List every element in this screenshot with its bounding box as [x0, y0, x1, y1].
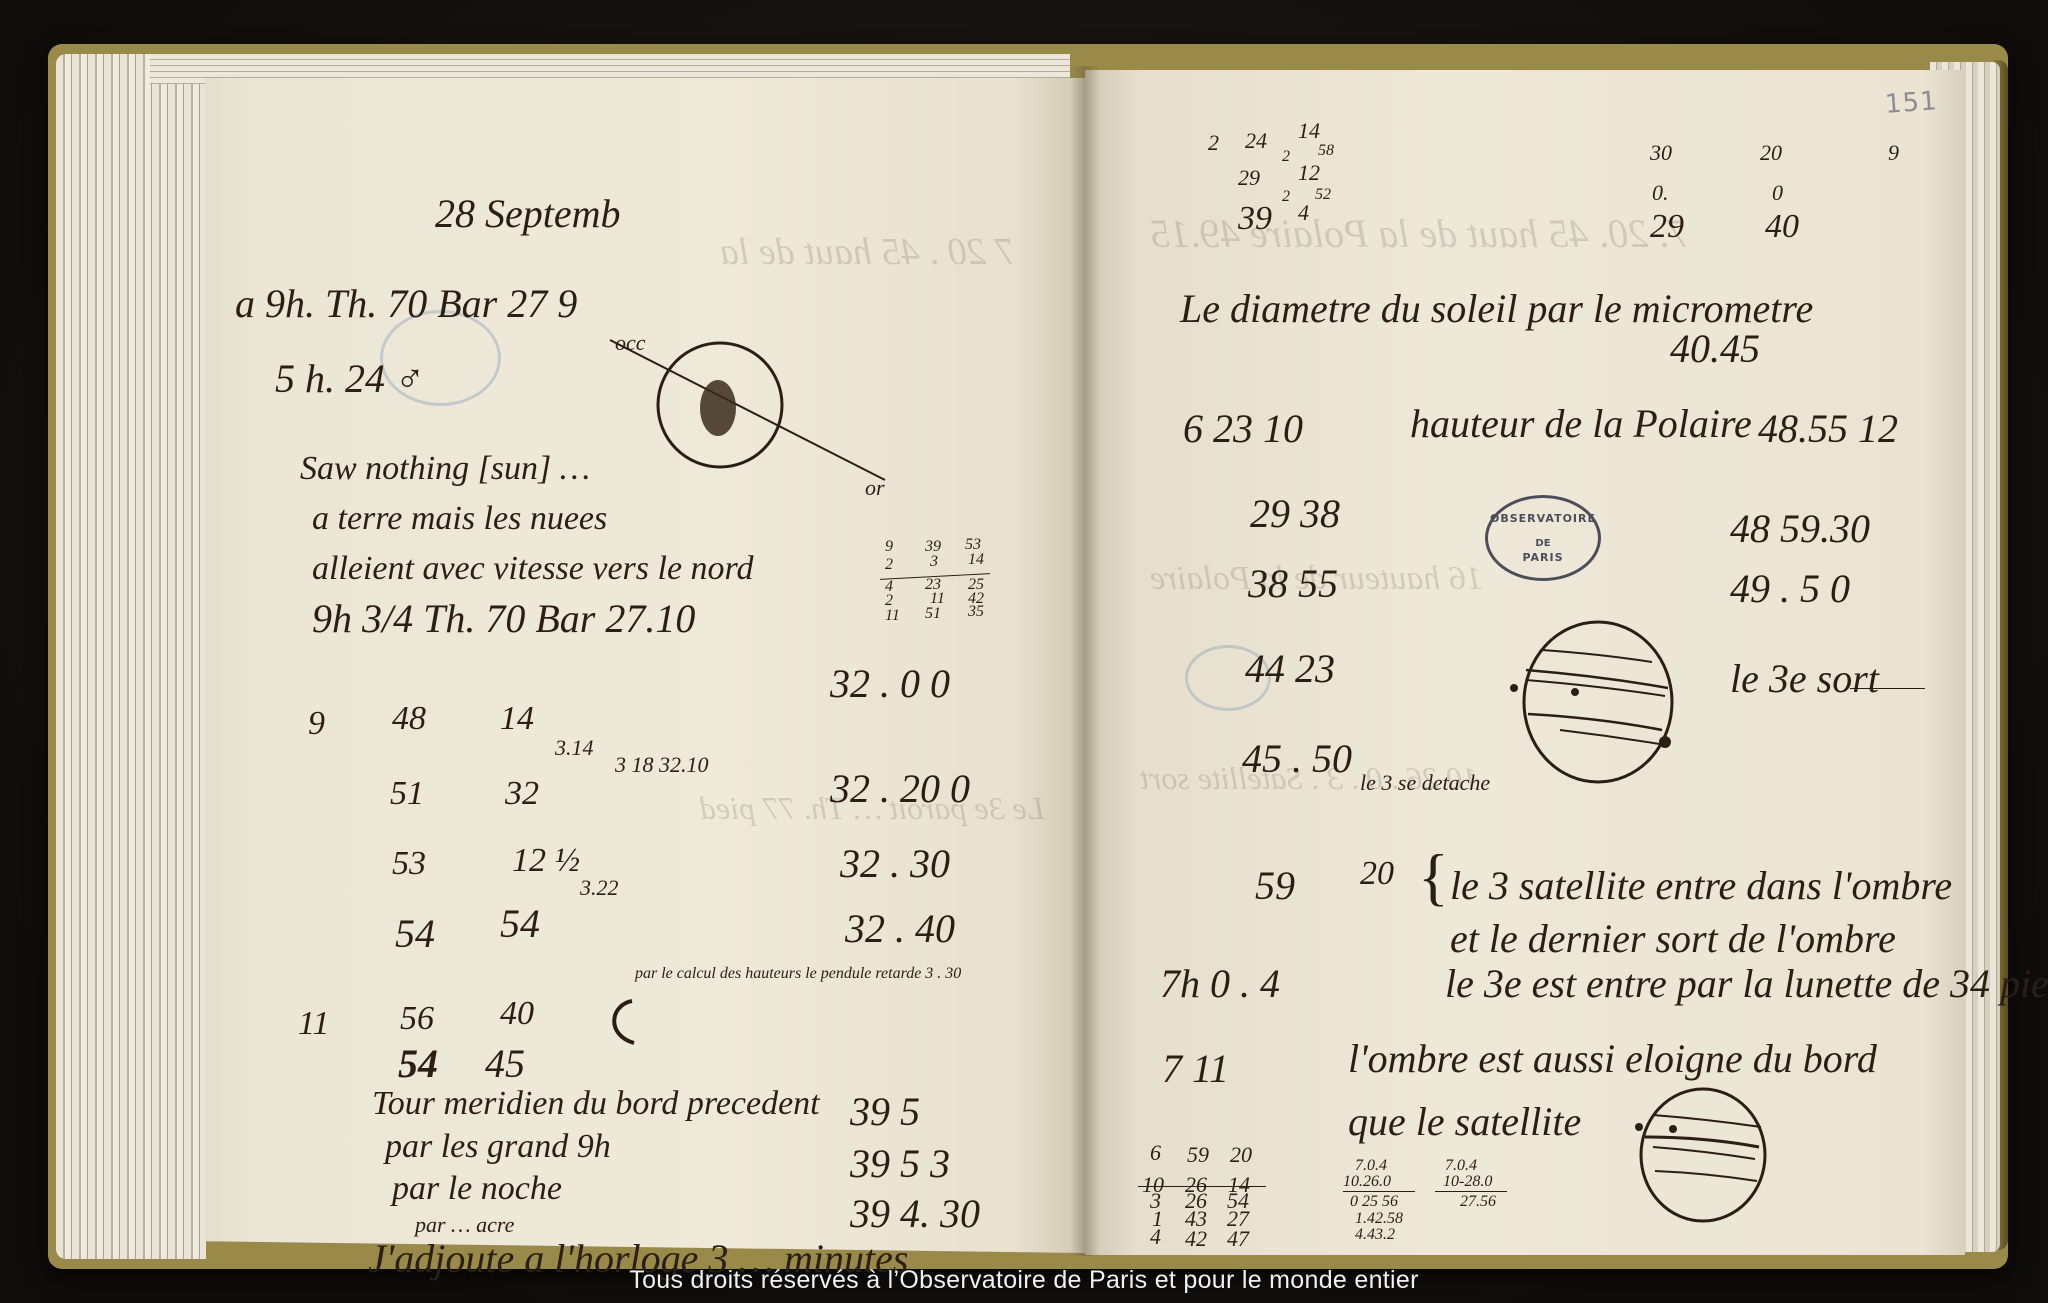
copyright-caption: Tous droits réservés à l’Observatoire de… [0, 1266, 2048, 1295]
moon-symbol [600, 995, 650, 1050]
calc-rule [1343, 1191, 1415, 1192]
sat-time-a: 59 [1255, 862, 1295, 909]
brace: { [1418, 845, 1449, 909]
top-right-cell: 29 [1650, 208, 1684, 246]
calc-cell: 27.56 [1460, 1193, 1496, 1211]
jupiter-drawing-2 [1625, 1075, 1765, 1225]
obs-second: 40 [500, 995, 534, 1033]
bleed-through-text: 7. 20. 45 haut de la Polaire 49.15 [1150, 210, 1688, 257]
top-cell: 52 [1315, 186, 1331, 204]
polaris-time: 6 23 10 [1183, 405, 1303, 452]
obs-second: 32 [505, 775, 539, 813]
obs-right-value: 32 . 0 0 [830, 660, 950, 707]
calc-cell: 3 [930, 553, 938, 571]
top-cell: 58 [1318, 142, 1334, 160]
stamp-text: DE [1488, 538, 1598, 549]
sat-time-b: 20 [1360, 855, 1394, 893]
calc-rule [1138, 1186, 1266, 1187]
calc-cell: 0 25 56 [1350, 1193, 1398, 1211]
obs-extra: 3.14 [555, 735, 594, 761]
obs-extra: 3.22 [580, 875, 619, 901]
right-value: 39 5 3 [850, 1140, 950, 1187]
calc-cell: 20 [1230, 1142, 1252, 1168]
row-left: 45 . 50 [1242, 735, 1352, 782]
obs-right-value: 32 . 20 0 [830, 765, 970, 812]
note-line-1: Saw nothing [sun] … [300, 450, 590, 488]
page-edges-left [56, 54, 206, 1259]
row-right: 48 59.30 [1730, 505, 1870, 552]
moon-note-line: par le noche [392, 1170, 562, 1208]
time-7-11: 7 11 [1162, 1045, 1229, 1092]
stamp-text: OBSERVATOIRE [1488, 512, 1598, 525]
obs-right-value: 32 . 40 [845, 905, 955, 952]
top-cell: 2 [1208, 130, 1219, 156]
calc-cell: 4 [1150, 1224, 1161, 1250]
calc-cell: 51 [925, 605, 941, 623]
calc-cell: 47 [1227, 1226, 1249, 1252]
calc-cell: 9 [885, 538, 893, 556]
sunspot-drawing [600, 320, 900, 500]
calc-cell: 42 [1185, 1226, 1207, 1252]
top-right-cell: 40 [1765, 208, 1799, 246]
sat-line-2: et le dernier sort de l'ombre [1450, 915, 1896, 962]
note-line-2: a terre mais les nuees [312, 500, 607, 538]
polaris-value: 48.55 12 [1758, 405, 1898, 452]
top-right-cell: 9 [1888, 140, 1899, 166]
obs-second: 12 ½ [512, 842, 580, 880]
top-cell: 2 [1282, 188, 1290, 206]
row-left: 38 55 [1248, 560, 1338, 607]
top-cell: 12 [1298, 160, 1320, 186]
calc-cell: 59 [1187, 1142, 1209, 1168]
sat-line-1: le 3 satellite entre dans l'ombre [1450, 862, 1952, 909]
line-7h-text: le 3e est entre par la lunette de 34 pie… [1445, 960, 2048, 1007]
right-value: 39 5 [850, 1088, 920, 1135]
top-right-cell: 20 [1760, 140, 1782, 166]
diameter-value: 40.45 [1670, 325, 1760, 372]
top-right-cell: 0. [1652, 180, 1669, 206]
obs-right-value: 32 . 30 [840, 840, 950, 887]
line-7-11-text: l'ombre est aussi eloigne du bord [1348, 1035, 1877, 1082]
top-cell: 4 [1298, 200, 1309, 226]
row-text: le 3 se detache [1360, 770, 1490, 796]
mars-line: 5 h. 24 ♂ [275, 355, 425, 402]
top-cell: 39 [1238, 200, 1272, 238]
obs-minute: 48 [392, 700, 426, 738]
calc-cell: 35 [968, 603, 984, 621]
obs-minute: 53 [392, 845, 426, 883]
margin-note: par le calcul des hauteurs le pendule re… [635, 965, 961, 983]
weather-line-1: a 9h. Th. 70 Bar 27 9 [235, 280, 577, 327]
obs-hour: 11 [298, 1005, 329, 1043]
obs-minute: 54 [395, 910, 435, 957]
obs-extra: 3 18 32.10 [615, 752, 709, 778]
obs-minute: 56 [400, 1000, 434, 1038]
label-rule [1850, 688, 1925, 689]
calc-cell: 11 [885, 607, 900, 625]
top-cell: 2 [1282, 148, 1290, 166]
observatoire-stamp: OBSERVATOIRE DE PARIS [1485, 495, 1601, 581]
calc-rule [1435, 1191, 1507, 1192]
folio-number: 151 [1884, 86, 1939, 120]
third-satellite-label: le 3e sort [1730, 655, 1879, 702]
row-left: 44 23 [1245, 645, 1335, 692]
calc-cell: 6 [1150, 1140, 1161, 1166]
polaris-text: hauteur de la Polaire [1410, 400, 1752, 447]
moon-note-line: Tour meridien du bord precedent [372, 1085, 820, 1123]
moon-note-line: par les grand 9h [385, 1128, 611, 1166]
bleed-through-text: 7 20 . 45 haut de la [720, 230, 1014, 274]
calc-cell: 2 [885, 556, 893, 574]
top-right-cell: 30 [1650, 140, 1672, 166]
top-right-cell: 0 [1772, 180, 1783, 206]
date-heading: 28 Septemb [435, 190, 621, 237]
row-right: 49 . 5 0 [1730, 565, 1850, 612]
obs-minute: 54 [398, 1040, 438, 1087]
calc-cell: 10-28.0 [1443, 1173, 1492, 1191]
obs-second: 54 [500, 900, 540, 947]
calc-cell: 4.43.2 [1355, 1226, 1395, 1244]
row-left: 29 38 [1250, 490, 1340, 537]
obs-minute: 51 [390, 775, 424, 813]
book-gutter [1070, 66, 1100, 1256]
obs-second: 14 [500, 700, 534, 738]
calc-cell: 10.26.0 [1343, 1173, 1391, 1191]
top-cell: 29 [1238, 165, 1260, 191]
obs-hour: 9 [308, 705, 325, 743]
time-7h: 7h 0 . 4 [1160, 960, 1280, 1007]
right-value: 39 4. 30 [850, 1190, 980, 1237]
top-cell: 24 [1245, 128, 1267, 154]
stamp-text: PARIS [1488, 551, 1598, 564]
obs-second: 45 [485, 1040, 525, 1087]
note-line-3: alleient avec vitesse vers le nord [312, 550, 754, 588]
weather-line-2: 9h 3/4 Th. 70 Bar 27.10 [312, 595, 695, 642]
calc-cell: 14 [968, 551, 984, 569]
jupiter-drawing [1500, 618, 1710, 788]
line-que: que le satellite [1348, 1098, 1581, 1145]
top-cell: 14 [1298, 118, 1320, 144]
